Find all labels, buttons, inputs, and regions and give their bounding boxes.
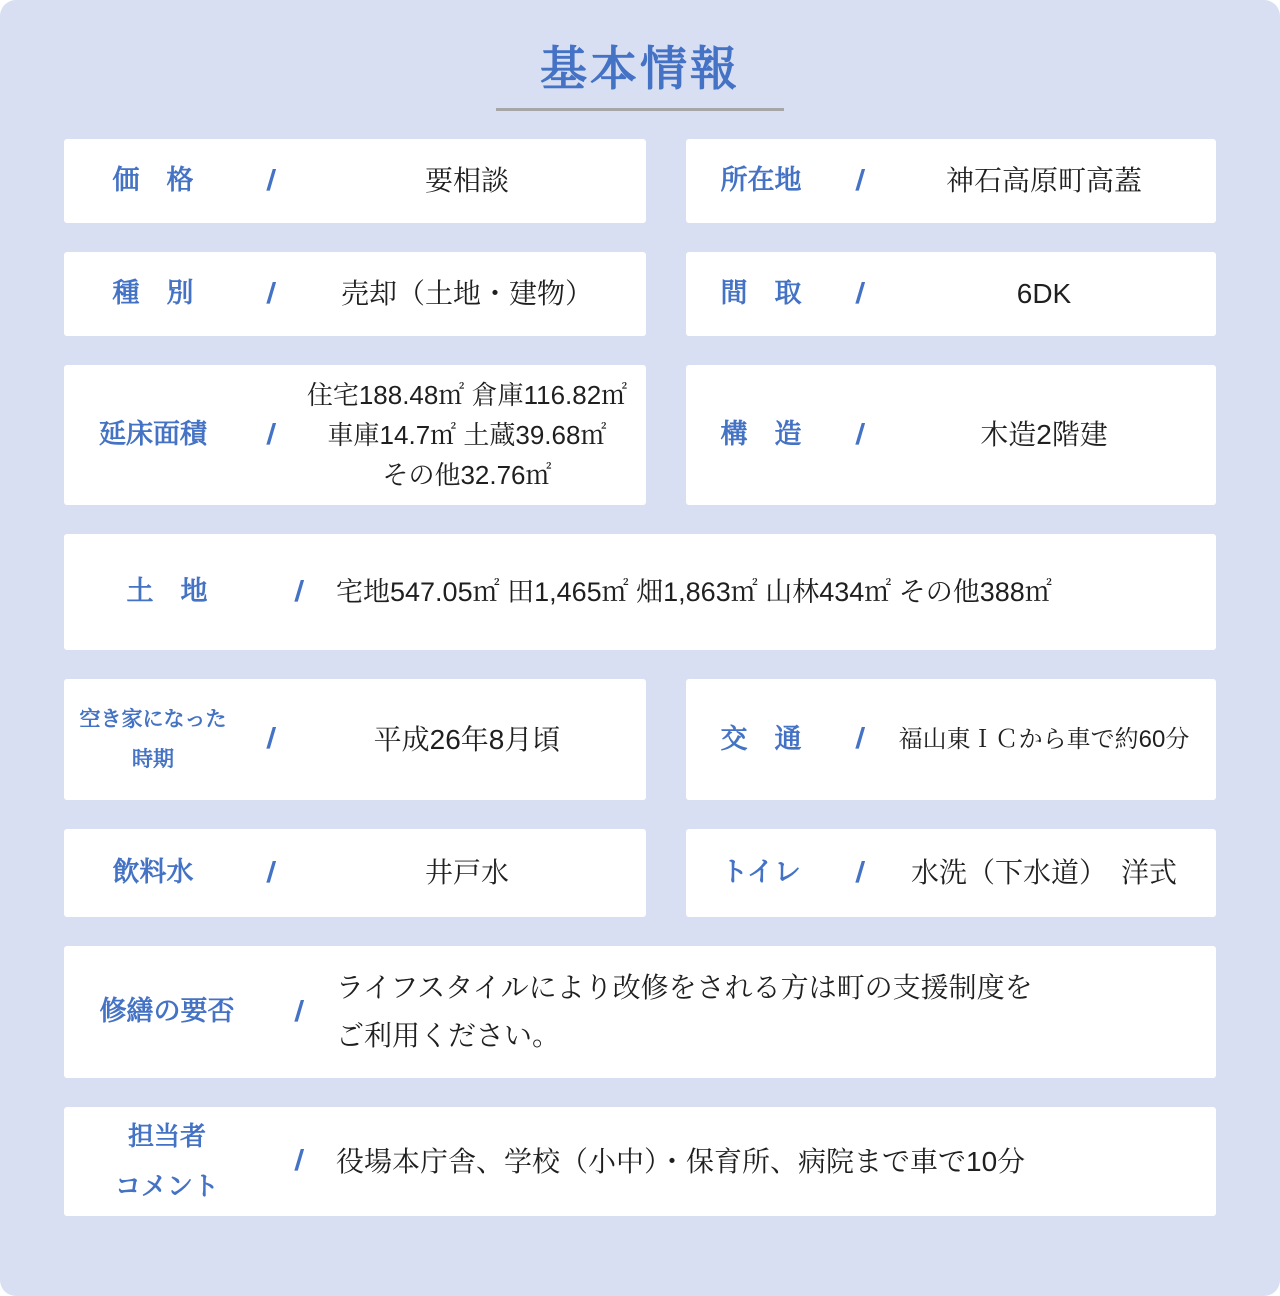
repair-value-line-2: ご利用ください。 — [336, 1012, 1204, 1060]
row-type-floorplan: 種 別 / 売却（土地・建物） 間 取 / 6DK — [64, 252, 1216, 336]
repair-value: ライフスタイルにより改修をされる方は町の支援制度を ご利用ください。 — [328, 964, 1216, 1059]
vacant-since-value: 平成26年8月頃 — [300, 719, 646, 761]
slash-separator: / — [268, 996, 329, 1029]
sale-type-value: 売却（土地・建物） — [300, 273, 646, 315]
card-sale-type: 種 別 / 売却（土地・建物） — [64, 252, 646, 336]
card-drinking-water: 飲料水 / 井戸水 — [64, 829, 646, 917]
structure-value: 木造2階建 — [884, 414, 1216, 456]
title-underline — [496, 108, 784, 111]
slash-separator: / — [240, 419, 301, 452]
card-staff-comment: 担当者 コメント / 役場本庁舎、学校（小中）・保育所、病院まで車で10分 — [64, 1107, 1216, 1216]
vacant-since-label-line-1: 空き家になった — [80, 700, 227, 740]
floor-area-line-2: 車庫14.7㎡ 土蔵39.68㎡ — [300, 415, 634, 455]
price-value: 要相談 — [300, 160, 646, 202]
access-label: 交 通 — [721, 721, 802, 759]
floor-area-label: 延床面積 — [99, 416, 207, 454]
floor-area-line-3: その他32.76㎡ — [300, 455, 634, 495]
row-repair: 修繕の要否 / ライフスタイルにより改修をされる方は町の支援制度を ご利用くださ… — [64, 946, 1216, 1078]
drinking-water-label: 飲料水 — [113, 854, 194, 892]
row-water-toilet: 飲料水 / 井戸水 トイレ / 水洗（下水道） 洋式 — [64, 829, 1216, 917]
floor-plan-label: 間 取 — [721, 275, 802, 313]
slash-separator: / — [240, 165, 301, 198]
location-value: 神石高原町高蓋 — [884, 160, 1216, 202]
card-land: 土 地 / 宅地547.05㎡ 田1,465㎡ 畑1,863㎡ 山林434㎡ そ… — [64, 534, 1216, 650]
sale-type-label: 種 別 — [113, 275, 194, 313]
card-vacant-since: 空き家になった 時期 / 平成26年8月頃 — [64, 679, 646, 800]
slash-separator: / — [834, 723, 885, 756]
floor-area-line-1: 住宅188.48㎡ 倉庫116.82㎡ — [300, 375, 634, 415]
row-vacant-access: 空き家になった 時期 / 平成26年8月頃 交 通 / 福山東ＩＣから車で約60… — [64, 679, 1216, 800]
row-price-location: 価 格 / 要相談 所在地 / 神石高原町高蓋 — [64, 139, 1216, 223]
slash-separator: / — [834, 857, 885, 890]
slash-separator: / — [240, 278, 301, 311]
toilet-value: 水洗（下水道） 洋式 — [884, 852, 1216, 894]
floor-area-value: 住宅188.48㎡ 倉庫116.82㎡ 車庫14.7㎡ 土蔵39.68㎡ その他… — [300, 375, 646, 495]
row-floorarea-structure: 延床面積 / 住宅188.48㎡ 倉庫116.82㎡ 車庫14.7㎡ 土蔵39.… — [64, 365, 1216, 505]
card-location: 所在地 / 神石高原町高蓋 — [686, 139, 1216, 223]
page-title: 基本情報 — [64, 42, 1216, 96]
card-access: 交 通 / 福山東ＩＣから車で約60分 — [686, 679, 1216, 800]
vacant-since-label-line-2: 時期 — [80, 740, 227, 780]
card-repair-necessity: 修繕の要否 / ライフスタイルにより改修をされる方は町の支援制度を ご利用くださ… — [64, 946, 1216, 1078]
drinking-water-value: 井戸水 — [300, 852, 646, 894]
staff-comment-label-line-1: 担当者 — [115, 1112, 219, 1161]
staff-comment-value: 役場本庁舎、学校（小中）・保育所、病院まで車で10分 — [328, 1141, 1216, 1183]
slash-separator: / — [268, 576, 329, 609]
staff-comment-label-line-2: コメント — [115, 1162, 219, 1211]
repair-label: 修繕の要否 — [100, 993, 235, 1031]
row-land: 土 地 / 宅地547.05㎡ 田1,465㎡ 畑1,863㎡ 山林434㎡ そ… — [64, 534, 1216, 650]
card-floor-plan: 間 取 / 6DK — [686, 252, 1216, 336]
card-structure: 構 造 / 木造2階建 — [686, 365, 1216, 505]
access-value: 福山東ＩＣから車で約60分 — [884, 722, 1216, 758]
price-label: 価 格 — [113, 162, 194, 200]
vacant-since-label: 空き家になった 時期 — [80, 700, 227, 780]
land-label: 土 地 — [127, 573, 208, 611]
structure-label: 構 造 — [721, 416, 802, 454]
slash-separator: / — [834, 419, 885, 452]
repair-value-line-1: ライフスタイルにより改修をされる方は町の支援制度を — [336, 964, 1204, 1012]
toilet-label: トイレ — [721, 854, 801, 892]
basic-info-panel: 基本情報 価 格 / 要相談 所在地 / 神石高原町高蓋 種 別 / 売却（土地… — [0, 0, 1280, 1296]
card-toilet: トイレ / 水洗（下水道） 洋式 — [686, 829, 1216, 917]
row-staff-comment: 担当者 コメント / 役場本庁舎、学校（小中）・保育所、病院まで車で10分 — [64, 1107, 1216, 1216]
slash-separator: / — [834, 165, 885, 198]
card-price: 価 格 / 要相談 — [64, 139, 646, 223]
page-header: 基本情報 — [64, 42, 1216, 111]
floor-plan-value: 6DK — [884, 273, 1216, 315]
slash-separator: / — [834, 278, 885, 311]
land-value: 宅地547.05㎡ 田1,465㎡ 畑1,863㎡ 山林434㎡ その他388㎡ — [328, 572, 1216, 613]
slash-separator: / — [268, 1145, 329, 1178]
slash-separator: / — [240, 857, 301, 890]
card-floor-area: 延床面積 / 住宅188.48㎡ 倉庫116.82㎡ 車庫14.7㎡ 土蔵39.… — [64, 365, 646, 505]
staff-comment-label: 担当者 コメント — [115, 1112, 219, 1211]
location-label: 所在地 — [721, 162, 802, 200]
slash-separator: / — [240, 723, 301, 756]
